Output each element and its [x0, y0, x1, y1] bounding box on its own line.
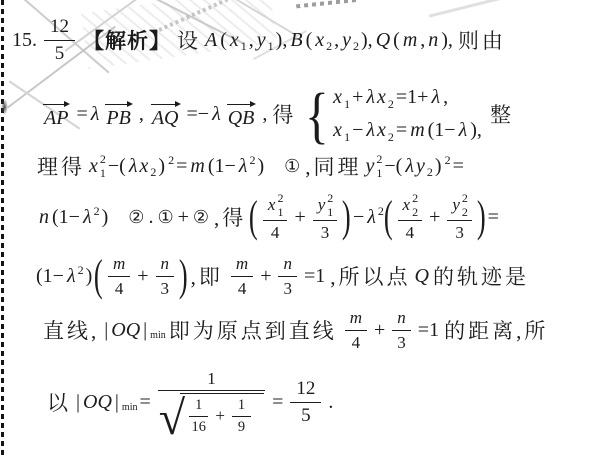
- math-variable: OQ: [83, 391, 112, 414]
- math-variable: m: [236, 254, 248, 274]
- math-text: |min: [141, 319, 166, 342]
- base: x: [403, 195, 411, 215]
- numerator: 1: [189, 397, 208, 417]
- numerator: n: [392, 308, 411, 331]
- fraction: y213: [313, 192, 338, 243]
- cjk-text: ,得: [214, 202, 246, 232]
- fraction: 116: [189, 397, 208, 435]
- numerator: x21: [263, 192, 288, 221]
- superscript: 2: [249, 154, 255, 166]
- cjk-text: ,同理: [305, 151, 361, 181]
- big-paren: ): [477, 195, 486, 239]
- big-paren: (: [94, 254, 103, 298]
- superscript: 2: [277, 192, 283, 204]
- scripts: 2: [445, 154, 451, 166]
- numerator: 12: [290, 378, 321, 403]
- math-text: −: [353, 206, 364, 229]
- base: x: [377, 86, 386, 109]
- math-text: (: [220, 29, 227, 52]
- scripts: 1: [241, 40, 247, 52]
- vector-arrow-icon: [150, 100, 181, 108]
- scripts: 1: [268, 40, 274, 52]
- superscript: 2: [412, 192, 418, 204]
- fraction: 125: [44, 16, 75, 65]
- fraction: 19: [232, 397, 251, 435]
- base: λ: [67, 265, 76, 288]
- math-variable: m: [350, 308, 362, 328]
- vector: AP: [42, 100, 70, 129]
- base: x: [377, 119, 386, 142]
- math-text: ,: [334, 29, 339, 52]
- math-variable: y2: [415, 155, 433, 178]
- math-text: |min: [113, 391, 138, 414]
- vector-name: QB: [226, 108, 257, 129]
- vector: AQ: [150, 100, 181, 129]
- math-text: (1−: [208, 155, 236, 178]
- scripts: 2: [249, 154, 255, 166]
- subscript: 1: [268, 40, 274, 52]
- math-text: +: [429, 206, 440, 229]
- equation-ref: ②: [193, 207, 209, 228]
- math-text: |: [104, 319, 108, 342]
- subscript: min: [122, 403, 138, 413]
- math-text: 1: [195, 397, 202, 414]
- denominator: 4: [263, 221, 288, 243]
- subscript: 1: [376, 167, 382, 179]
- cjk-text: 直线,: [43, 315, 99, 345]
- line-7: 以|OQ|min=1√116+19=125.: [44, 356, 335, 448]
- math-variable: Q: [415, 265, 429, 288]
- math-text: −: [352, 119, 363, 142]
- base: y: [452, 195, 460, 215]
- math-text: +: [294, 206, 305, 229]
- math-variable: x2: [376, 86, 394, 109]
- math-text: =1: [304, 265, 325, 288]
- denominator: 3: [156, 277, 175, 299]
- math-text: (1−: [36, 265, 64, 288]
- subscript: 2: [388, 131, 394, 143]
- vector-arrow-icon: [226, 100, 257, 108]
- math-variable: x1: [332, 119, 350, 142]
- math-variable: x21: [88, 153, 106, 179]
- math-text: )2: [156, 155, 174, 178]
- numerator: 12: [44, 16, 75, 41]
- base: y: [366, 155, 375, 178]
- math-text: =: [176, 155, 187, 178]
- scripts: 2: [150, 166, 156, 178]
- equation-system: {x1+λx2=1+λ,x1−λx2=m(1−λ),: [302, 86, 484, 142]
- math-text: +: [215, 406, 225, 426]
- vector-name: AQ: [150, 108, 181, 129]
- cjk-text: 设: [177, 25, 201, 55]
- scripts: 2: [326, 40, 332, 52]
- subscript: 1: [277, 206, 283, 218]
- math-variable: λ2: [366, 206, 384, 229]
- base: λ: [367, 206, 376, 229]
- vector: PB: [104, 100, 132, 129]
- math-text: .: [328, 391, 333, 414]
- line-3: 理得x21−(λx2)2=m(1−λ2)①,同理y21−(λy2)2=: [34, 148, 466, 184]
- cjk-text: 即为原点到直线: [169, 315, 337, 345]
- math-variable: m: [410, 119, 424, 142]
- line-2: AP=λPB,AQ=−λQB,得{x1+λx2=1+λ,x1−λx2=m(1−λ…: [38, 78, 517, 150]
- cjk-text: 则由: [458, 25, 506, 55]
- vector: QB: [226, 100, 257, 129]
- fraction: x224: [398, 192, 423, 243]
- math-variable: λ: [366, 119, 375, 142]
- math-text: |: [76, 391, 80, 414]
- math-text: ): [102, 206, 109, 229]
- scripts: min: [122, 403, 138, 413]
- denominator: 5: [290, 403, 321, 427]
- subscript: min: [150, 331, 166, 341]
- fraction: n3: [392, 308, 411, 352]
- fraction: n3: [278, 254, 297, 298]
- scripts: min: [150, 331, 166, 341]
- denominator: 4: [345, 331, 367, 353]
- line-1: 15.125【解析】设A(x1,y1),B(x2,y2),Q(m,n),则由: [10, 10, 509, 70]
- math-text: ),: [276, 29, 288, 52]
- math-text: ),: [470, 119, 482, 142]
- subscript: 1: [344, 131, 350, 143]
- scripts: 2: [78, 264, 84, 276]
- fraction: y223: [447, 192, 472, 243]
- subscript: 2: [412, 206, 418, 218]
- scripts: 1: [344, 131, 350, 143]
- denominator: 4: [231, 277, 253, 299]
- cjk-text: ,即: [191, 261, 223, 291]
- superscript: 2: [78, 264, 84, 276]
- base: x: [268, 195, 276, 215]
- fraction: 125: [290, 378, 321, 427]
- math-variable: m: [190, 155, 204, 178]
- math-text: 15.: [12, 29, 37, 52]
- cjk-text: ,所以点: [330, 261, 410, 291]
- equation-ref: ①: [284, 156, 300, 177]
- base: x: [315, 29, 324, 52]
- scripts: 21: [277, 192, 283, 218]
- numerator: n: [278, 254, 297, 277]
- system-row: x1−λx2=m(1−λ),: [332, 119, 484, 142]
- math-text: =1: [418, 319, 439, 342]
- subscript: 2: [353, 40, 359, 52]
- page-margin-dashed-line: [1, 0, 4, 456]
- cjk-text: 的轨迹是: [433, 261, 529, 291]
- math-text: ): [86, 265, 93, 288]
- denominator: 3: [392, 331, 411, 353]
- math-text: ,: [262, 103, 267, 126]
- denominator: 3: [447, 221, 472, 243]
- math-variable: n: [397, 308, 406, 328]
- math-text: +: [352, 86, 363, 109]
- math-variable: x2: [314, 29, 332, 52]
- base: x: [333, 86, 342, 109]
- fraction: m4: [345, 308, 367, 352]
- cjk-text: 的距离,所: [444, 315, 548, 345]
- subscript: 1: [100, 167, 106, 179]
- superscript: 2: [168, 154, 174, 166]
- equation-ref: ①: [157, 207, 173, 228]
- superscript: 2: [100, 153, 106, 165]
- scripts: 1: [344, 98, 350, 110]
- math-variable: λ2: [238, 155, 256, 178]
- scan-artifact: [296, 0, 360, 8]
- math-variable: x2: [139, 155, 157, 178]
- scripts: 21: [376, 153, 382, 179]
- scripts: 2: [94, 205, 100, 217]
- math-text: )2: [433, 155, 451, 178]
- vector-name: PB: [104, 108, 132, 129]
- math-text: +: [260, 265, 271, 288]
- math-text: ,: [443, 86, 448, 109]
- math-text: −(: [108, 155, 126, 178]
- vector-arrow-icon: [104, 100, 132, 108]
- base: |: [115, 391, 119, 414]
- math-variable: n: [39, 206, 49, 229]
- numerator: 1: [158, 369, 265, 392]
- scripts: 22: [412, 192, 418, 218]
- math-variable: B: [290, 29, 302, 52]
- big-paren: (: [384, 195, 393, 239]
- math-variable: λ: [129, 155, 138, 178]
- brace-icon: {: [305, 90, 329, 143]
- base: ): [435, 155, 442, 178]
- math-text: −(: [384, 155, 402, 178]
- scripts: 2: [427, 166, 433, 178]
- denominator: 9: [232, 417, 251, 436]
- line-4: n(1−λ2)②.①+②,得(x214+y213)−λ2(x224+y223)=: [38, 186, 501, 248]
- math-text: 1: [238, 397, 245, 414]
- cjk-text: 整: [490, 99, 514, 129]
- numerator: n: [156, 254, 175, 277]
- subscript: 1: [327, 206, 333, 218]
- math-variable: A: [205, 29, 217, 52]
- subscript: 2: [388, 98, 394, 110]
- scripts: 2: [168, 154, 174, 166]
- math-text: (: [306, 29, 313, 52]
- math-text: 3: [321, 223, 330, 243]
- denominator: √116+19: [158, 391, 265, 435]
- fraction: m4: [108, 254, 130, 298]
- math-variable: m: [113, 254, 125, 274]
- math-variable: y2: [341, 29, 359, 52]
- math-text: ,: [420, 29, 425, 52]
- fraction: 1√116+19: [158, 369, 265, 436]
- line-5: (1−λ2)(m4+n3),即m4+n3=1,所以点Q的轨迹是: [34, 248, 532, 304]
- scripts: 2: [388, 98, 394, 110]
- radicand: 116+19: [180, 393, 264, 435]
- math-text: 3: [397, 333, 406, 353]
- math-variable: n: [283, 254, 292, 274]
- math-text: ,: [249, 29, 254, 52]
- math-text: 3: [455, 223, 464, 243]
- math-variable: λ: [366, 86, 375, 109]
- math-text: =: [76, 103, 87, 126]
- base: λ: [239, 155, 248, 178]
- fraction: n3: [156, 254, 175, 298]
- math-text: 4: [238, 279, 247, 299]
- math-text: 16: [192, 419, 206, 436]
- math-variable: y22: [451, 192, 468, 218]
- equation-ref: ②: [128, 207, 144, 228]
- math-text: =1+: [396, 86, 429, 109]
- math-text: 3: [161, 279, 170, 299]
- base: y: [257, 29, 266, 52]
- math-variable: y21: [317, 192, 334, 218]
- subscript: 1: [241, 40, 247, 52]
- document-page: 15.125【解析】设A(x1,y1),B(x2,y2),Q(m,n),则由AP…: [0, 0, 608, 456]
- base: λ: [83, 206, 92, 229]
- math-text: =: [453, 155, 464, 178]
- base: x: [333, 119, 342, 142]
- scripts: 21: [327, 192, 333, 218]
- subscript: 1: [344, 98, 350, 110]
- base: x: [140, 155, 149, 178]
- math-text: (1−: [428, 119, 456, 142]
- math-variable: y1: [256, 29, 274, 52]
- base: y: [416, 155, 425, 178]
- math-text: 4: [271, 223, 280, 243]
- math-text: ),: [361, 29, 373, 52]
- cjk-text: 理得: [37, 151, 85, 181]
- big-paren: ): [342, 195, 351, 239]
- superscript: 2: [94, 205, 100, 217]
- math-text: =: [396, 119, 407, 142]
- math-variable: n: [428, 29, 438, 52]
- superscript: 2: [327, 192, 333, 204]
- numerator: m: [345, 308, 367, 331]
- superscript: 2: [376, 153, 382, 165]
- math-variable: λ: [431, 86, 440, 109]
- denominator: 5: [44, 41, 75, 65]
- math-text: 5: [55, 43, 65, 65]
- math-variable: λ: [405, 155, 414, 178]
- math-variable: x1: [332, 86, 350, 109]
- math-text: 12: [50, 16, 69, 38]
- denominator: 4: [108, 277, 130, 299]
- system-rows: x1+λx2=1+λ,x1−λx2=m(1−λ),: [332, 86, 484, 142]
- denominator: 3: [313, 221, 338, 243]
- denominator: 4: [398, 221, 423, 243]
- math-text: ,: [139, 103, 144, 126]
- scan-artifact: [0, 96, 9, 118]
- math-text: +: [137, 265, 148, 288]
- math-variable: x2: [376, 119, 394, 142]
- denominator: 3: [278, 277, 297, 299]
- math-variable: m: [403, 29, 417, 52]
- math-text: 4: [352, 333, 361, 353]
- numerator: m: [231, 254, 253, 277]
- superscript: 2: [462, 192, 468, 204]
- math-variable: y21: [365, 153, 383, 179]
- scripts: 21: [100, 153, 106, 179]
- vector-name: AP: [42, 108, 70, 129]
- math-text: 4: [115, 279, 124, 299]
- math-variable: x21: [267, 192, 284, 218]
- math-text: 5: [301, 405, 311, 427]
- math-variable: x1: [229, 29, 247, 52]
- numerator: m: [108, 254, 130, 277]
- numerator: y21: [313, 192, 338, 221]
- math-text: 9: [238, 419, 245, 436]
- subscript: 2: [150, 166, 156, 178]
- big-paren: ): [179, 254, 188, 298]
- math-text: =: [139, 391, 150, 414]
- cjk-text: 以: [47, 387, 71, 417]
- fraction: m4: [231, 254, 253, 298]
- big-paren: (: [249, 195, 258, 239]
- base: ): [158, 155, 165, 178]
- subscript: 2: [427, 166, 433, 178]
- math-text: +: [374, 319, 385, 342]
- numerator: y22: [447, 192, 472, 221]
- math-text: =: [272, 391, 283, 414]
- math-variable: λ: [459, 119, 468, 142]
- math-variable: Q: [376, 29, 390, 52]
- scripts: 2: [388, 131, 394, 143]
- base: x: [230, 29, 239, 52]
- math-variable: λ: [91, 103, 100, 126]
- scripts: 22: [462, 192, 468, 218]
- math-text: (: [393, 29, 400, 52]
- cjk-text: 得: [272, 99, 296, 129]
- numerator: x22: [398, 192, 423, 221]
- superscript: 2: [445, 154, 451, 166]
- subscript: 2: [326, 40, 332, 52]
- vector-arrow-icon: [42, 100, 70, 108]
- math-text: =: [488, 206, 499, 229]
- math-text: 12: [296, 378, 315, 400]
- math-variable: n: [161, 254, 170, 274]
- scripts: 2: [353, 40, 359, 52]
- math-variable: λ: [212, 103, 221, 126]
- math-variable: λ2: [66, 265, 84, 288]
- math-text: +: [178, 206, 189, 229]
- base: y: [342, 29, 351, 52]
- fraction: x214: [263, 192, 288, 243]
- math-variable: OQ: [111, 319, 140, 342]
- subscript: 2: [462, 206, 468, 218]
- numerator: 1: [232, 397, 251, 417]
- math-text: 3: [283, 279, 292, 299]
- math-text: ): [257, 155, 264, 178]
- line-6: 直线,|OQ|min即为原点到直线m4+n3=1的距离,所: [40, 305, 551, 355]
- math-text: (1−: [52, 206, 80, 229]
- system-row: x1+λx2=1+λ,: [332, 86, 484, 109]
- radical-icon: √: [159, 400, 185, 438]
- analysis-label: 【解析】: [83, 25, 171, 55]
- denominator: 16: [189, 417, 208, 436]
- math-variable: x22: [402, 192, 419, 218]
- math-text: 1: [207, 369, 216, 389]
- base: |: [143, 319, 147, 342]
- math-text: ),: [441, 29, 453, 52]
- math-text: 4: [406, 223, 415, 243]
- math-variable: λ2: [82, 206, 100, 229]
- math-text: .: [148, 206, 153, 229]
- square-root: √116+19: [159, 393, 264, 435]
- math-text: =−: [187, 103, 210, 126]
- base: x: [89, 155, 98, 178]
- base: y: [318, 195, 326, 215]
